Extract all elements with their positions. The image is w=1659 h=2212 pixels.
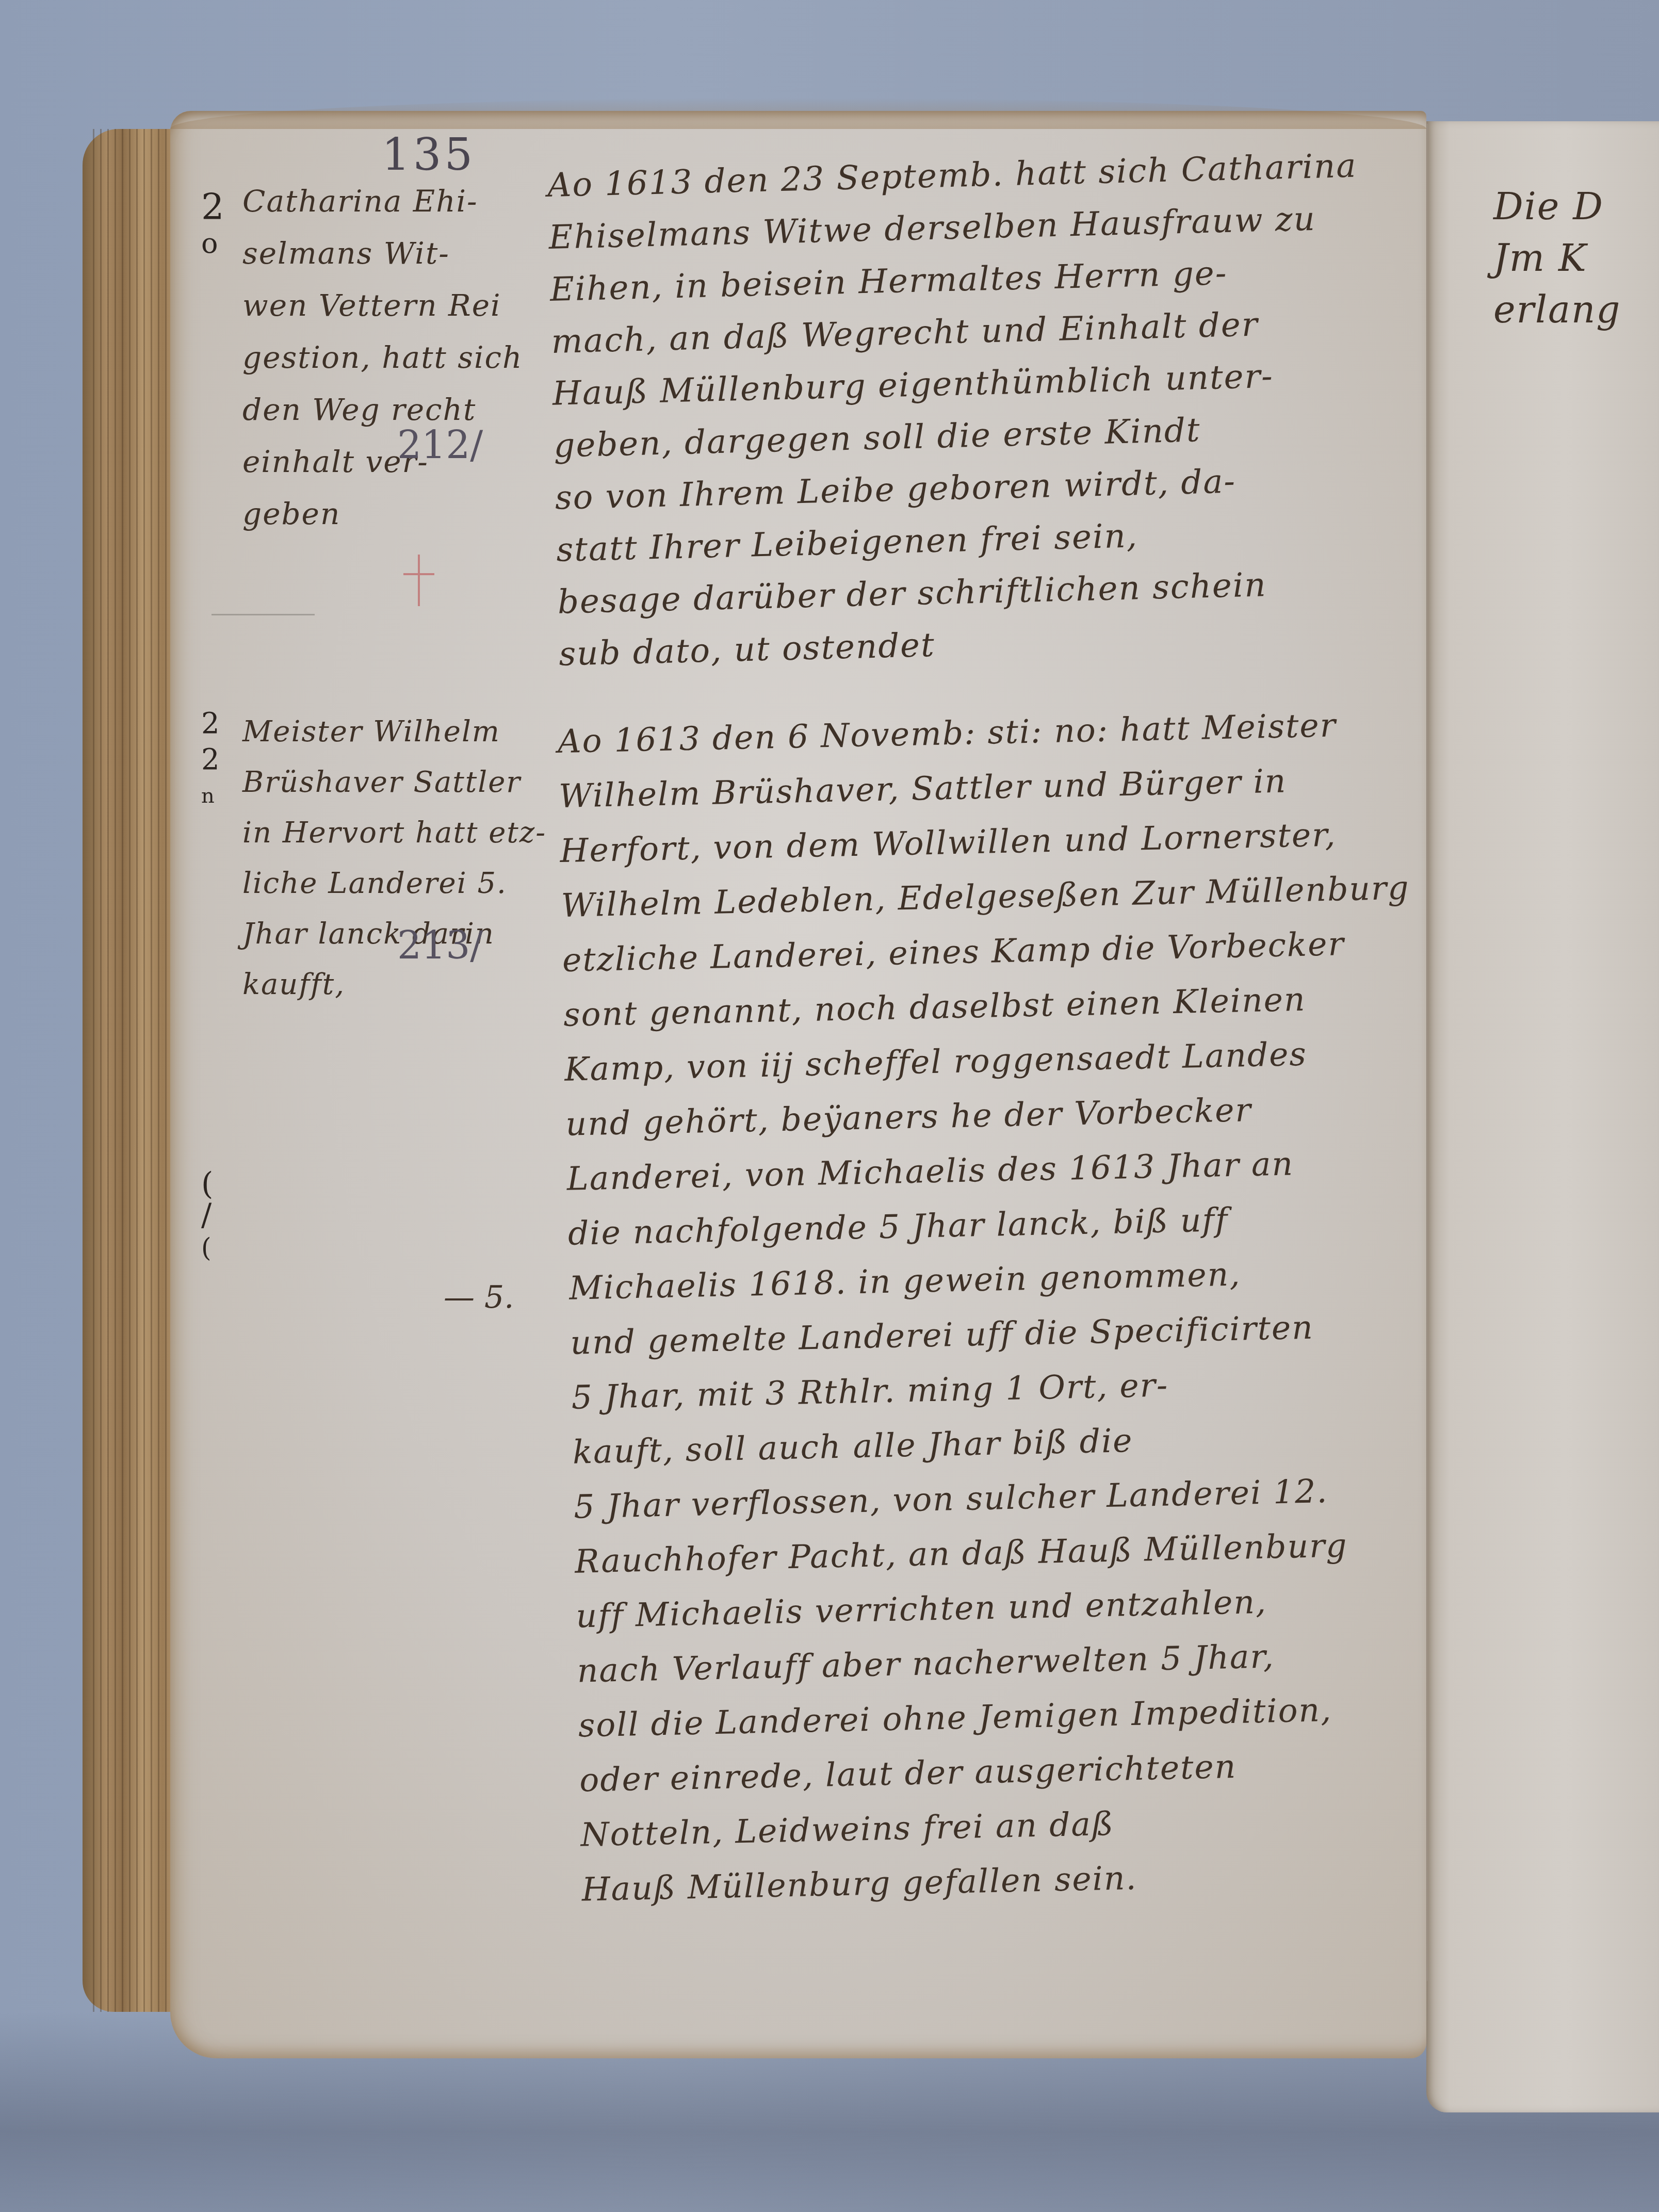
- entry-1-margin-note: Catharina Ehi- selmans Wit- wen Vettern …: [242, 175, 523, 540]
- entry-2-number: 213/: [397, 923, 483, 968]
- margin-line: geben: [242, 488, 523, 540]
- margin-line: Brüshaver Sattler: [242, 757, 546, 808]
- facing-line: Die D: [1493, 181, 1621, 232]
- margin-mark: 2: [201, 743, 220, 776]
- margin-mark: 2: [201, 186, 224, 228]
- entry-2-body: Ao 1613 den 6 Novemb: sti: no: hatt Meis…: [557, 697, 1430, 1917]
- entry-1-number: 212/: [397, 423, 483, 467]
- facing-page: [1426, 121, 1659, 2112]
- margin-line: gestion, hatt sich: [242, 332, 523, 384]
- folio-number: 135: [382, 129, 476, 181]
- margin-line: Meister Wilhelm: [242, 707, 546, 757]
- margin-line: liche Landerei 5.: [242, 858, 546, 909]
- margin-line: wen Vettern Rei: [242, 280, 523, 332]
- paper-crease: [212, 614, 315, 615]
- side-note-five: — 5.: [444, 1279, 514, 1315]
- facing-line: erlang: [1493, 284, 1621, 335]
- margin-mark: /: [201, 1197, 212, 1233]
- margin-mark: o: [201, 227, 218, 259]
- entry-1-body: Ao 1613 den 23 Septemb. hatt sich Cathar…: [547, 140, 1369, 681]
- margin-line: Catharina Ehi-: [242, 175, 523, 227]
- margin-line: in Hervort hatt etz-: [242, 808, 546, 858]
- margin-mark: n: [201, 784, 215, 808]
- margin-line: selmans Wit-: [242, 227, 523, 280]
- margin-mark: (: [201, 1233, 212, 1263]
- page-top-edge: [170, 98, 1426, 129]
- red-cross-mark: [418, 555, 420, 606]
- entry-2-margin-note: Meister Wilhelm Brüshaver Sattler in Her…: [242, 707, 546, 1010]
- facing-page-text: Die D Jm K erlang: [1493, 181, 1621, 335]
- margin-line: Jhar lanck darin: [242, 909, 546, 959]
- margin-mark: 2: [201, 707, 220, 740]
- margin-line: kaufft,: [242, 959, 546, 1010]
- facing-line: Jm K: [1493, 232, 1621, 284]
